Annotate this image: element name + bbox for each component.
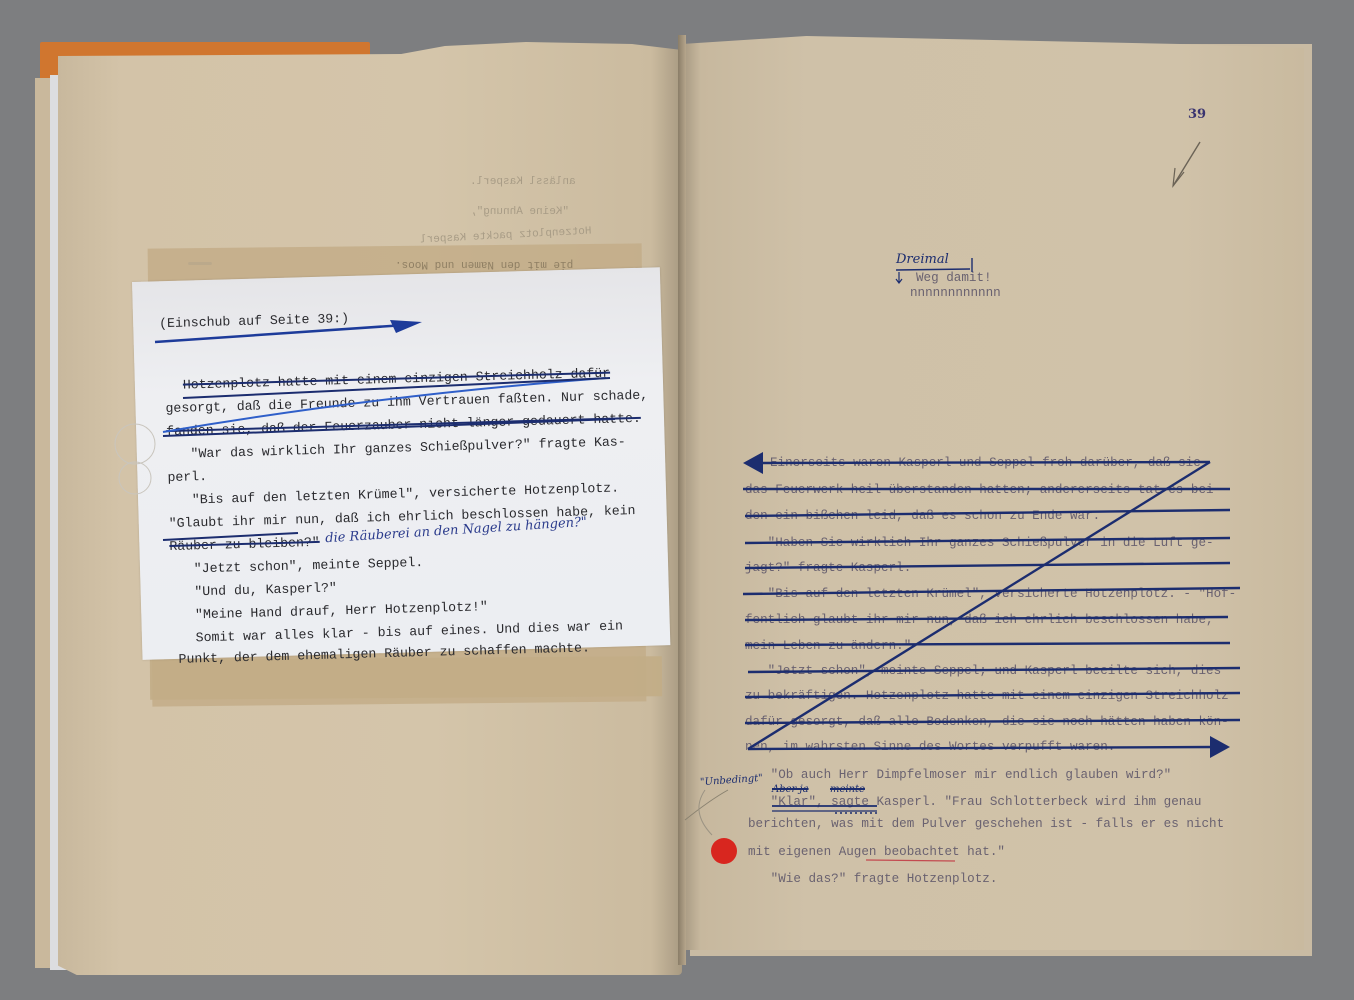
handwritten-annotation: Dreimal (896, 252, 949, 267)
insert-line: "Bis auf den letzten Krümel", versichert… (168, 481, 619, 507)
text-line: mit eigenen Augen beobachtet hat." (748, 846, 1005, 859)
red-dot-sticker (711, 838, 737, 864)
insert-line: "War das wirklich Ihr ganzes Schießpulve… (167, 435, 626, 461)
struck-line: jagt?" fragte Kasperl. (745, 562, 911, 575)
bleed-through-text: pie mit den Namen und Moos. (395, 258, 573, 270)
insert-line: Räuber zu bleiben?" (169, 536, 320, 553)
insert-line: perl. (167, 470, 207, 484)
struck-line: dafür gesorgt, daß alle Bodenken, die si… (745, 716, 1229, 729)
insert-slip: (Einschub auf Seite 39:) Hotzenplotz hat… (132, 267, 670, 660)
book-spine (678, 35, 686, 965)
bleed-through-text: "Keine Ahnung", (470, 206, 569, 218)
struck-line: mein Leben zu ändern." (745, 640, 911, 653)
insert-line: Hotzenplotz hatte mit einem einzigen Str… (183, 367, 611, 392)
struck-line: das Feuerwerk heil überstanden hatten; a… (745, 484, 1221, 497)
insert-line: "Meine Hand drauf, Herr Hotzenplotz!" (171, 600, 488, 622)
typed-header-underline: nnnnnnnnnnnn (910, 287, 1001, 300)
insert-line: "Und du, Kasperl?" (171, 581, 338, 599)
struck-line: "Bis auf den letzten Krümel", versichert… (745, 588, 1236, 601)
struck-line: den ein bißchen leid, daß es schon zu En… (745, 510, 1100, 523)
text-line: "Ob auch Herr Dimpfelmoser mir endlich g… (748, 769, 1171, 782)
text-line: "Wie das?" fragte Hotzenplotz. (748, 873, 997, 886)
struck-line: "Jetzt schon", meinte Seppel; und Kasper… (745, 665, 1221, 678)
text-line: "Klar", sagte Kasperl. "Frau Schlotterbe… (748, 796, 1201, 809)
insert-line: "Jetzt schon", meinte Seppel. (170, 556, 424, 576)
page-number: 39 (1188, 107, 1206, 122)
insert-line: gesorgt, daß die Freunde zu ihm Vertraue… (165, 389, 648, 416)
struck-line: "Haben Sie wirklich Ihr ganzes Schießpul… (745, 537, 1214, 550)
struck-line: fentlich glaubt ihr mir nun, daß ich ehr… (745, 614, 1214, 627)
insert-line: fanden sie, daß der Feuerzauber nicht lä… (166, 412, 641, 438)
struck-line: zu bekräftigen. Hotzenplotz hatte mit ei… (745, 690, 1229, 703)
struck-margin-word: meinte (830, 784, 865, 795)
struck-margin-word: Aber ja (772, 784, 809, 795)
bleed-through-text: anlässl Kasperl. (470, 176, 576, 188)
struck-line: nen, im wahrsten Sinne des Wortes verpuf… (745, 741, 1115, 754)
typed-header: Weg damit! (916, 272, 992, 285)
struck-line: Einerseits waren Kasperl und Seppel froh… (770, 457, 1201, 470)
text-line: berichten, was mit dem Pulver geschehen … (748, 818, 1224, 831)
insert-heading: (Einschub auf Seite 39:) (159, 312, 349, 331)
